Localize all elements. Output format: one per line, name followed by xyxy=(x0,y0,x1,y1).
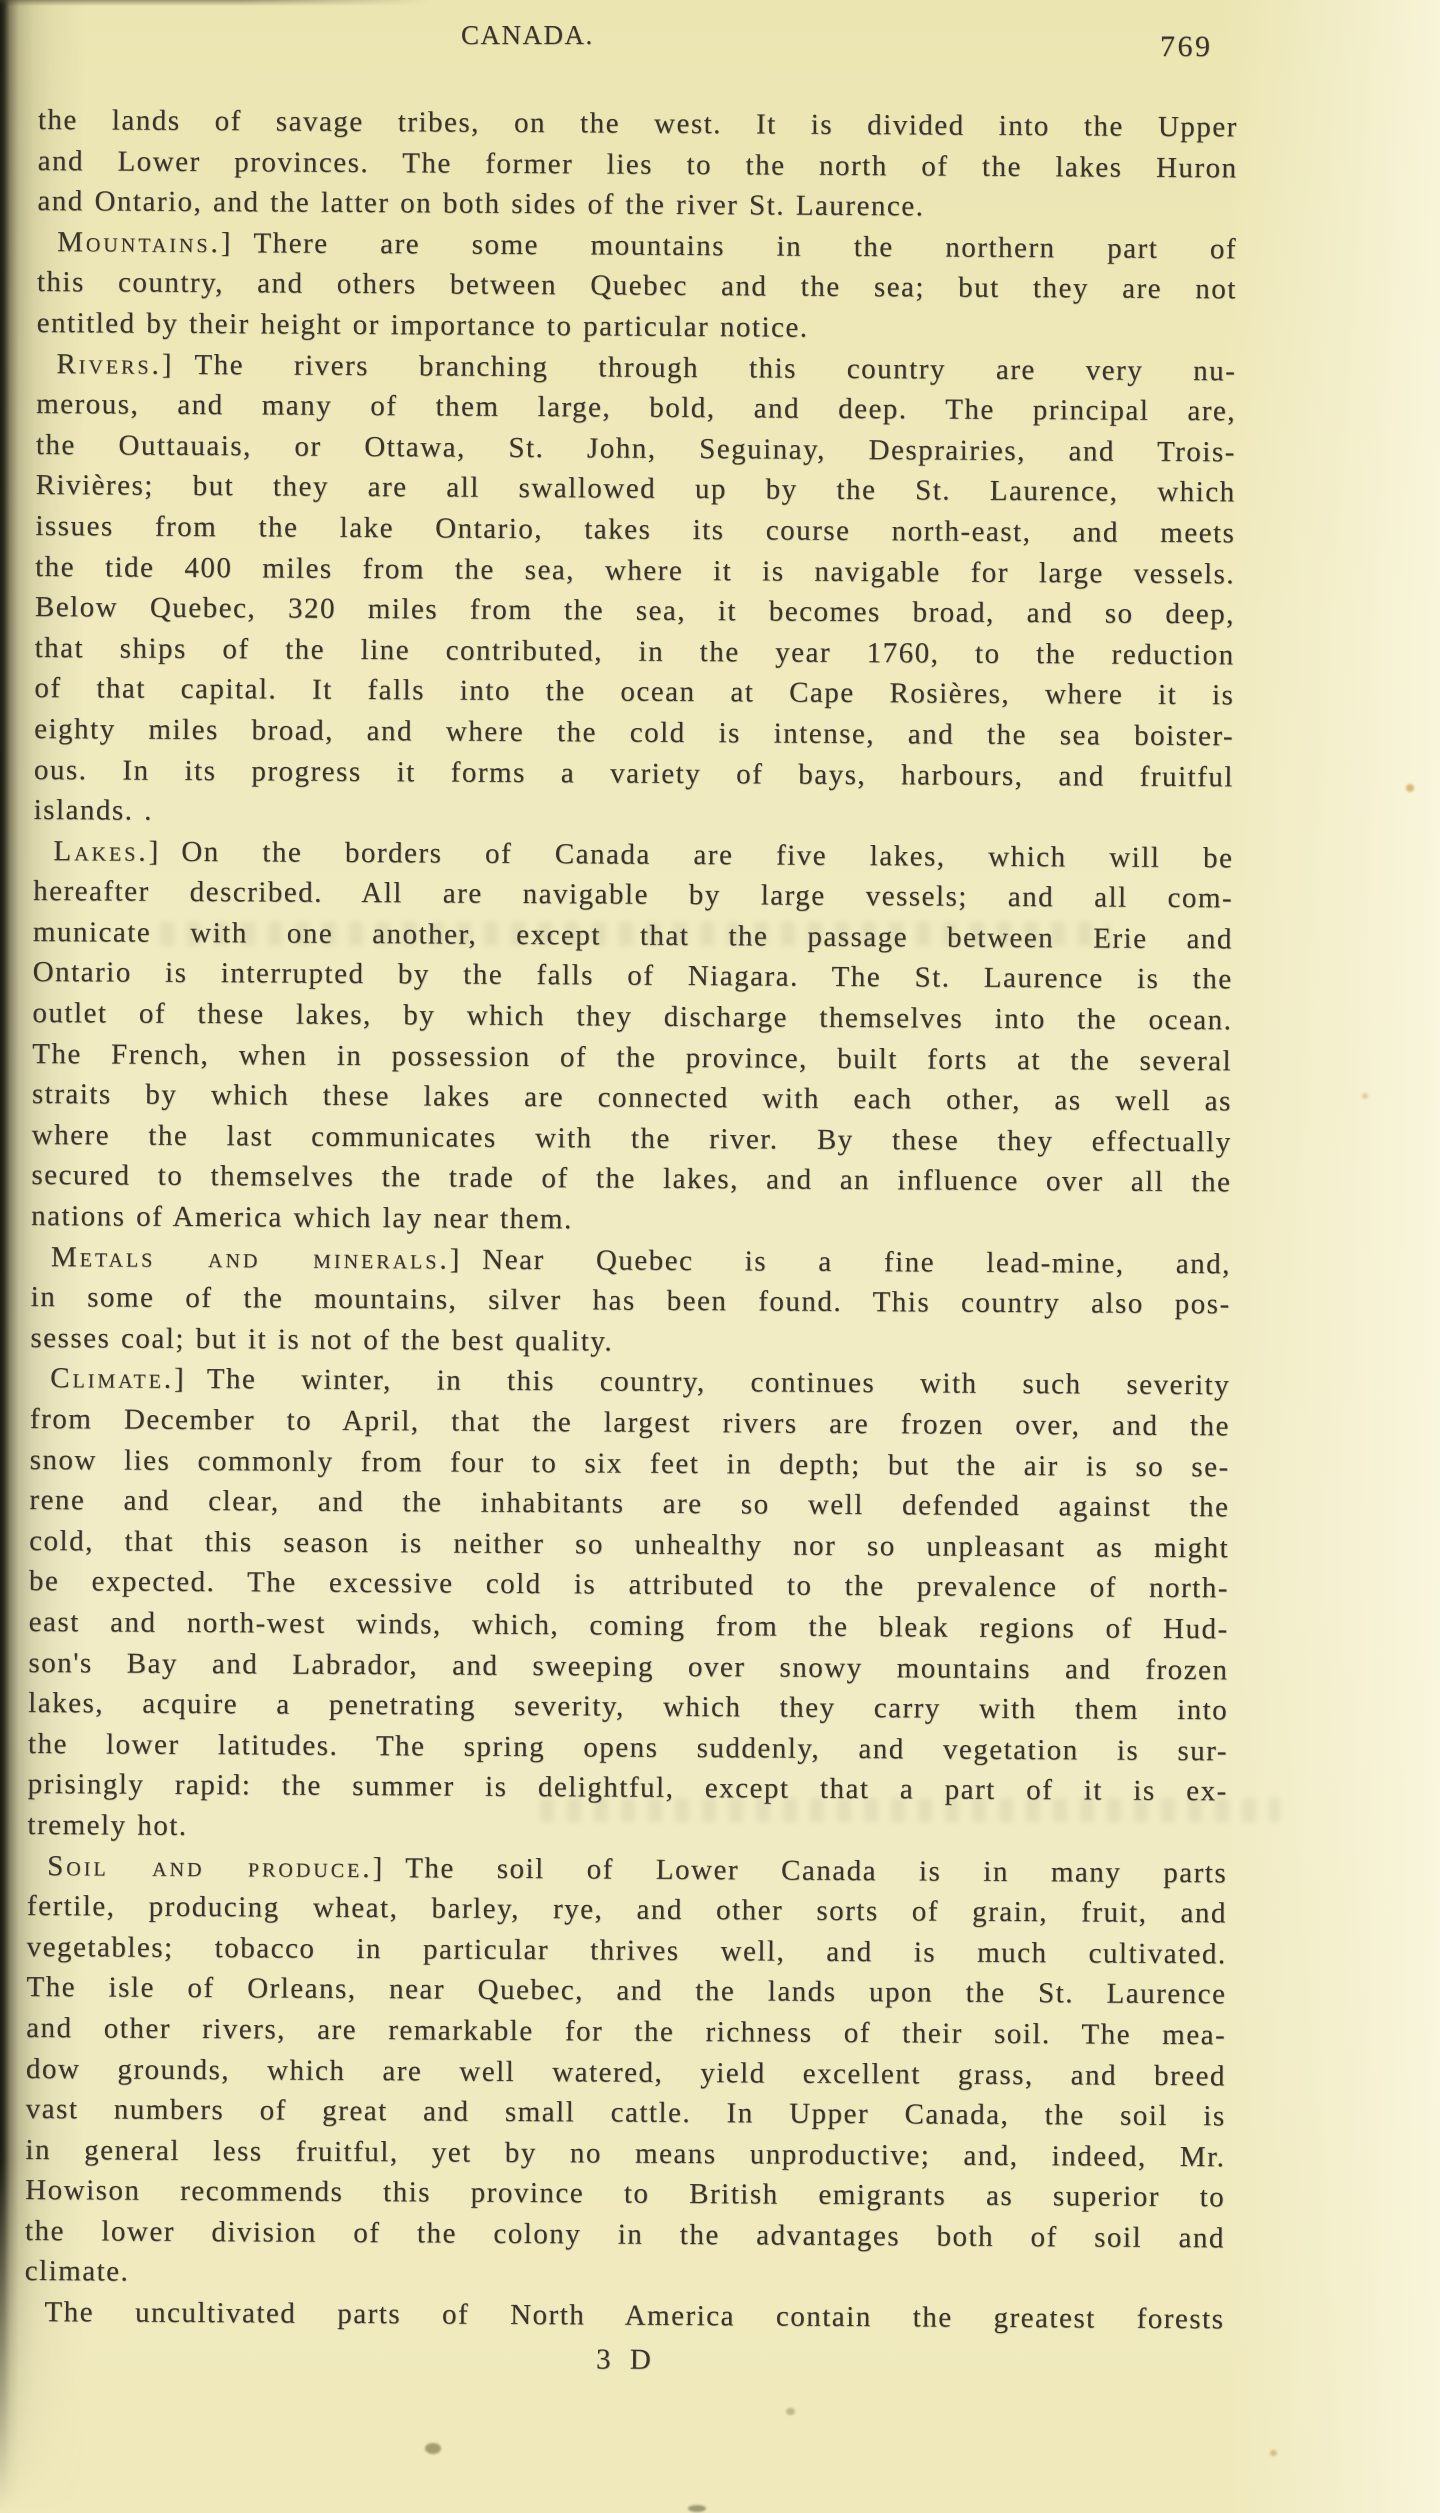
paper-speck xyxy=(425,2443,441,2454)
text-line: rene and clear, and the inhabitants are … xyxy=(29,1480,1229,1528)
text-line: ous. In its progress it forms a variety … xyxy=(34,749,1234,797)
text-line: and Ontario, and the latter on both side… xyxy=(37,181,1237,229)
text-line: Rivières; but they are all swallowed up … xyxy=(36,465,1236,513)
section-heading: Lakes.] xyxy=(53,835,161,868)
page-text-body: the lands of savage tribes, on the west.… xyxy=(24,100,1238,2384)
text-line: of that capital. It falls into the ocean… xyxy=(34,668,1234,716)
text-line: Howison recommends this province to Brit… xyxy=(25,2170,1225,2218)
right-margin-light xyxy=(1225,0,1440,2513)
text-line: in some of the mountains, silver has bee… xyxy=(31,1277,1231,1325)
text-line: issues from the lake Ontario, takes its … xyxy=(35,506,1235,554)
paper-speck xyxy=(688,2505,706,2512)
paper-speck xyxy=(786,2408,795,2415)
text-line: outlet of these lakes, by which they dis… xyxy=(32,993,1232,1041)
section-heading: Mountains.] xyxy=(57,226,234,259)
text-line: Below Quebec, 320 miles from the sea, it… xyxy=(35,587,1235,635)
page-number: 769 xyxy=(1160,30,1213,64)
section-heading: Soil and produce.] xyxy=(47,1850,385,1884)
text-line: The isle of Orleans, near Quebec, and th… xyxy=(26,1967,1226,2015)
text-line: prisingly rapid: the summer is delightfu… xyxy=(28,1764,1228,1812)
text-line: straits by which these lakes are connect… xyxy=(32,1074,1232,1122)
text-line: lakes, acquire a penetrating severity, w… xyxy=(28,1683,1228,1731)
text-line: the lands of savage tribes, on the west.… xyxy=(38,100,1238,148)
section-heading: Climate.] xyxy=(50,1363,187,1396)
page-header-title: CANADA. xyxy=(461,20,594,51)
text-line: hereafter described. All are navigable b… xyxy=(33,871,1233,919)
paper-speck xyxy=(1406,784,1414,792)
section-heading: Metals and minerals.] xyxy=(51,1241,463,1276)
paper-speck xyxy=(1362,1093,1368,1099)
top-edge-shadow xyxy=(0,0,430,6)
text-line: nations of America which lay near them. xyxy=(31,1196,1231,1244)
section-heading: Rivers.] xyxy=(56,348,174,381)
paper-speck xyxy=(1270,2450,1277,2456)
text-line: and other rivers, are remarkable for the… xyxy=(26,2008,1226,2056)
text-line: entitled by their height or importance t… xyxy=(37,303,1237,351)
text-line: merous, and many of them large, bold, an… xyxy=(36,384,1236,432)
text-line: vast numbers of great and small cattle. … xyxy=(26,2089,1226,2137)
text-line: east and north-west winds, which, coming… xyxy=(29,1602,1229,1650)
signature-mark: 3 D xyxy=(24,2336,1224,2384)
text-line: from December to April, that the largest… xyxy=(30,1399,1230,1447)
text-line: the lower division of the colony in the … xyxy=(25,2211,1225,2259)
text-line: The uncultivated parts of North America … xyxy=(24,2292,1224,2340)
text-line: fertile, producing wheat, barley, rye, a… xyxy=(27,1886,1227,1934)
text-line: eighty miles broad, and where the cold i… xyxy=(34,709,1234,757)
